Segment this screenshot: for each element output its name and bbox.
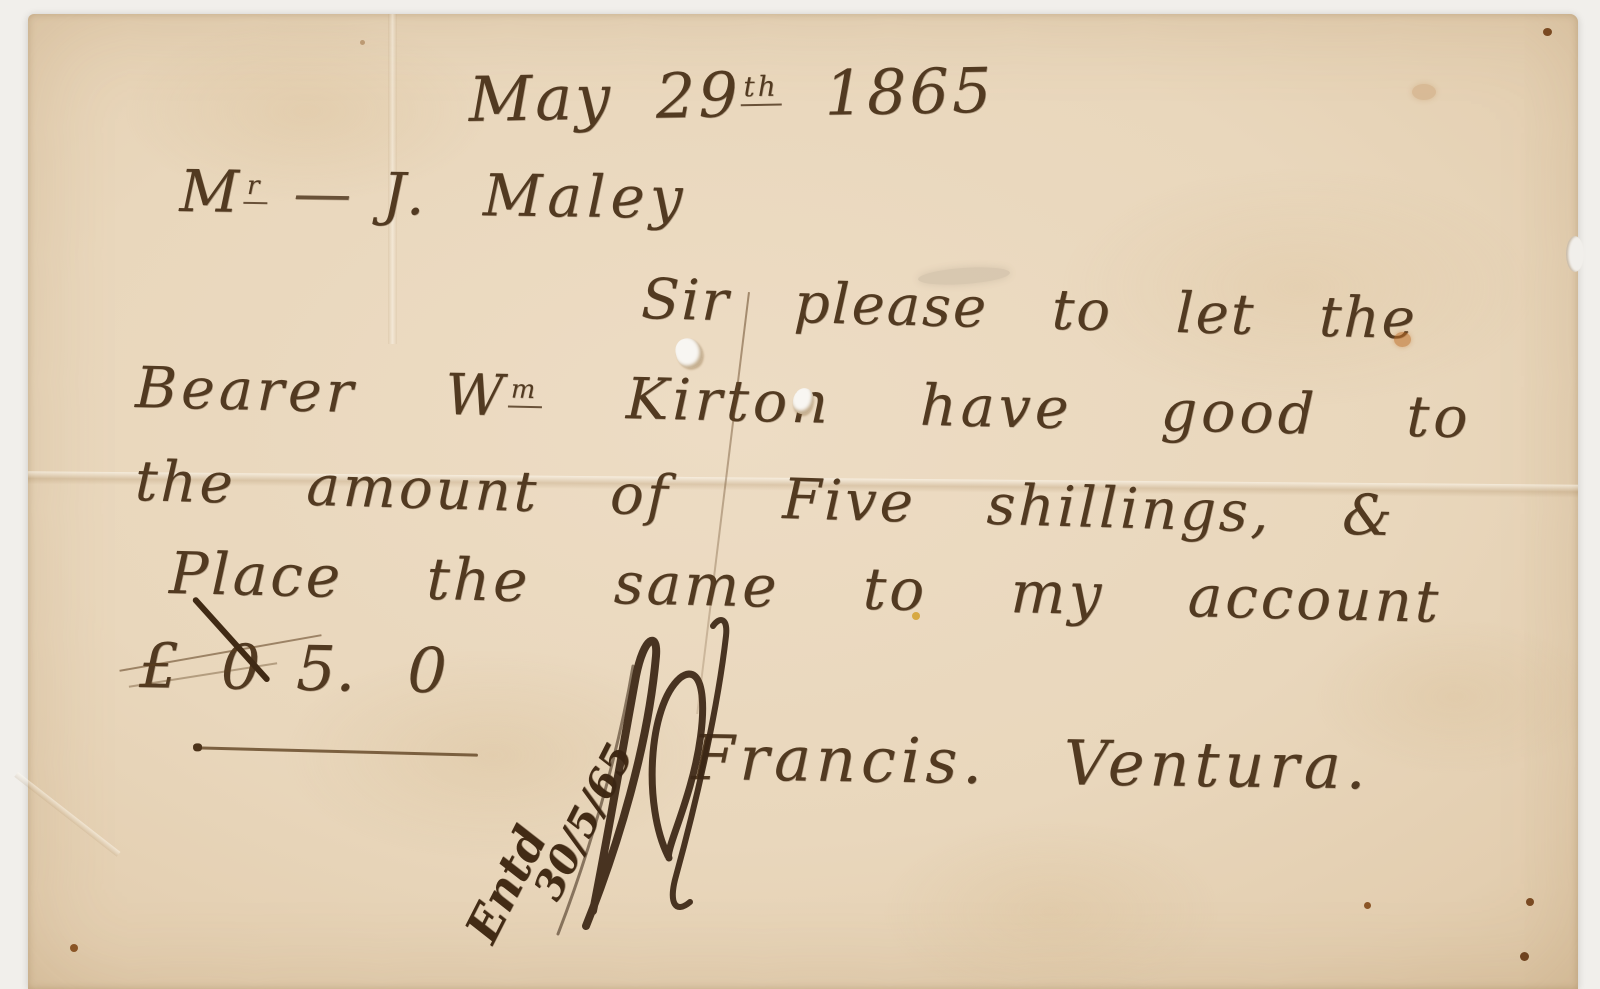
signature: Francis. Ventura.	[691, 722, 1371, 803]
fox-spot	[70, 944, 78, 952]
date-month-day: May 29	[468, 58, 741, 136]
addressee-dash: —	[293, 159, 357, 228]
addressee-title: M	[179, 157, 244, 226]
addressee-name: J. Maley	[382, 160, 688, 232]
addressee-title-superscript: r	[244, 171, 268, 204]
amount-pence: 0	[407, 634, 448, 708]
date-year: 1865	[824, 54, 995, 130]
fox-spot	[1412, 84, 1436, 100]
fox-spot	[1526, 898, 1534, 906]
amount-line: £05.0	[139, 630, 448, 707]
date-line: May 29th 1865	[468, 55, 995, 135]
letter-photograph: May 29th 1865 Mr—J. Maley Sir please to …	[0, 0, 1600, 989]
fox-spot	[1520, 952, 1529, 961]
body-line-2-superscript: m	[507, 374, 542, 408]
amount-shillings: 5.	[296, 632, 356, 706]
fox-spot	[912, 612, 920, 620]
docket-paraph-flourish	[548, 596, 758, 936]
fox-spot	[1543, 28, 1552, 36]
fox-spot	[1394, 332, 1411, 347]
edge-notch	[1566, 236, 1584, 272]
addressee-line: Mr—J. Maley	[179, 158, 688, 232]
date-ordinal-suffix: th	[740, 70, 782, 107]
body-line-2-pre: Bearer W	[135, 355, 509, 429]
fox-spot	[1364, 902, 1371, 909]
fox-spot	[360, 40, 365, 45]
